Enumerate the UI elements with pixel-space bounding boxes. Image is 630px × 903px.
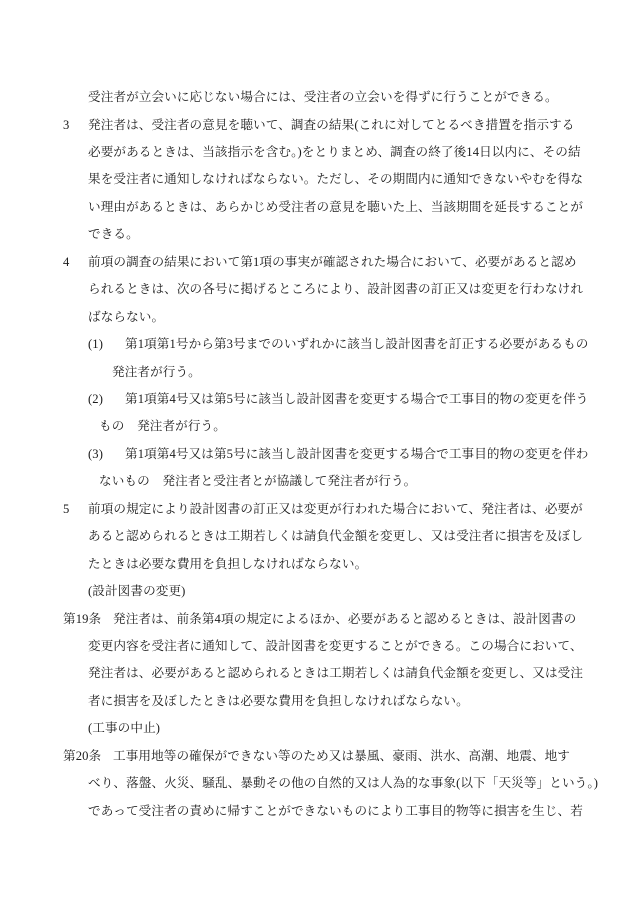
document-line: 5前項の規定により設計図書の訂正又は変更が行われた場合において、発注者は、必要が [63,502,583,516]
document-line: (設計図書の変更) [88,584,185,598]
line-text: 発注者は、受注者の意見を聴いて、調査の結果(これに対してとるべき措置を指示する [88,118,574,132]
line-text: 第1項第4号又は第5号に該当し設計図書を変更する場合で工事目的物の変更を伴わ [125,447,588,461]
line-text: 果を受注者に通知しなければならない。ただし、その期間内に通知できないやむを得な [88,172,583,186]
document-line: 第20条工事用地等の確保ができない等のため又は暴風、豪雨、洪水、高潮、地震、地す [63,749,570,763]
line-text: であって受注者の責めに帰すことができないものにより工事目的物等に損害を生じ、若 [88,804,583,818]
document-line: 者に損害を及ぼしたときは必要な費用を負担しなければならない。 [88,694,469,708]
line-text: べり、落盤、火災、騒乱、暴動その他の自然的又は人為的な事象(以下「天災等」という… [88,776,598,790]
document-line: できる。 [88,227,139,241]
clause-number: (3) [88,447,125,461]
line-text: ばならない。 [88,310,164,324]
document-line: (2)第1項第4号又は第5号に該当し設計図書を変更する場合で工事目的物の変更を伴… [88,392,588,406]
line-text: 受注者が立会いに応じない場合には、受注者の立会いを得ずに行うことができる。 [88,90,558,104]
line-text: 発注者は、必要があると認められるときは工期若しくは請負代金額を変更し、又は受注 [88,666,583,680]
document-line: べり、落盤、火災、騒乱、暴動その他の自然的又は人為的な事象(以下「天災等」という… [88,776,598,790]
line-text: 第1項第4号又は第5号に該当し設計図書を変更する場合で工事目的物の変更を伴う [125,392,588,406]
document-line: 第19条発注者は、前条第4項の規定によるほか、必要があると認めるときは、設計図書… [63,612,576,626]
line-text: あると認められるときは工期若しくは請負代金額を変更し、又は受注者に損害を及ぼし [88,529,583,543]
clause-number: 3 [63,118,88,132]
line-text: たときは必要な費用を負担しなければならない。 [88,557,367,571]
line-text: 者に損害を及ぼしたときは必要な費用を負担しなければならない。 [88,694,469,708]
clause-number: 第19条 [63,612,113,626]
document-line: (3)第1項第4号又は第5号に該当し設計図書を変更する場合で工事目的物の変更を伴… [88,447,588,461]
document-line: もの 発注者が行う。 [99,419,226,433]
document-line: られるときは、次の各号に掲げるところにより、設計図書の訂正又は変更を行わなけれ [88,282,583,296]
document-line: あると認められるときは工期若しくは請負代金額を変更し、又は受注者に損害を及ぼし [88,529,583,543]
document-line: 発注者は、必要があると認められるときは工期若しくは請負代金額を変更し、又は受注 [88,666,583,680]
clause-number: 第20条 [63,749,113,763]
document-line: 発注者が行う。 [112,365,201,379]
document-line: 4前項の調査の結果において第1項の事実が確認された場合において、必要があると認め [63,255,577,269]
clause-number: 4 [63,255,88,269]
line-text: もの 発注者が行う。 [99,419,226,433]
line-text: 工事用地等の確保ができない等のため又は暴風、豪雨、洪水、高潮、地震、地す [113,749,570,763]
clause-number: 5 [63,502,88,516]
document-line: たときは必要な費用を負担しなければならない。 [88,557,367,571]
document-line: い理由があるときは、あらかじめ受注者の意見を聴いた上、当該期間を延長することが [88,200,583,214]
document-line: 必要があるときは、当該指示を含む。)をとりまとめ、調査の終了後14日以内に、その… [88,145,581,159]
line-text: できる。 [88,227,139,241]
line-text: 第1項第1号から第3号までのいずれかに該当し設計図書を訂正する必要があるもの [125,337,588,351]
document-line: であって受注者の責めに帰すことができないものにより工事目的物等に損害を生じ、若 [88,804,583,818]
line-text: (設計図書の変更) [88,584,185,598]
line-text: 必要があるときは、当該指示を含む。)をとりまとめ、調査の終了後14日以内に、その… [88,145,581,159]
document-line: (1)第1項第1号から第3号までのいずれかに該当し設計図書を訂正する必要があるも… [88,337,588,351]
line-text: 変更内容を受注者に通知して、設計図書を変更することができる。この場合において、 [88,639,583,653]
line-text: られるときは、次の各号に掲げるところにより、設計図書の訂正又は変更を行わなけれ [88,282,583,296]
line-text: 前項の調査の結果において第1項の事実が確認された場合において、必要があると認め [88,255,577,269]
line-text: 前項の規定により設計図書の訂正又は変更が行われた場合において、発注者は、必要が [88,502,583,516]
document-line: ばならない。 [88,310,164,324]
document-line: 果を受注者に通知しなければならない。ただし、その期間内に通知できないやむを得な [88,172,583,186]
document-line: ないもの 発注者と受注者とが協議して発注者が行う。 [99,474,416,488]
line-text: 発注者が行う。 [112,365,201,379]
document-line: (工事の中止) [88,721,160,735]
document-page: 受注者が立会いに応じない場合には、受注者の立会いを得ずに行うことができる。3発注… [0,0,630,903]
line-text: 発注者は、前条第4項の規定によるほか、必要があると認めるときは、設計図書の [113,612,576,626]
clause-number: (1) [88,337,125,351]
line-text: (工事の中止) [88,721,160,735]
line-text: ないもの 発注者と受注者とが協議して発注者が行う。 [99,474,416,488]
document-line: 変更内容を受注者に通知して、設計図書を変更することができる。この場合において、 [88,639,583,653]
line-text: い理由があるときは、あらかじめ受注者の意見を聴いた上、当該期間を延長することが [88,200,583,214]
document-line: 3発注者は、受注者の意見を聴いて、調査の結果(これに対してとるべき措置を指示する [63,118,574,132]
clause-number: (2) [88,392,125,406]
document-line: 受注者が立会いに応じない場合には、受注者の立会いを得ずに行うことができる。 [88,90,558,104]
